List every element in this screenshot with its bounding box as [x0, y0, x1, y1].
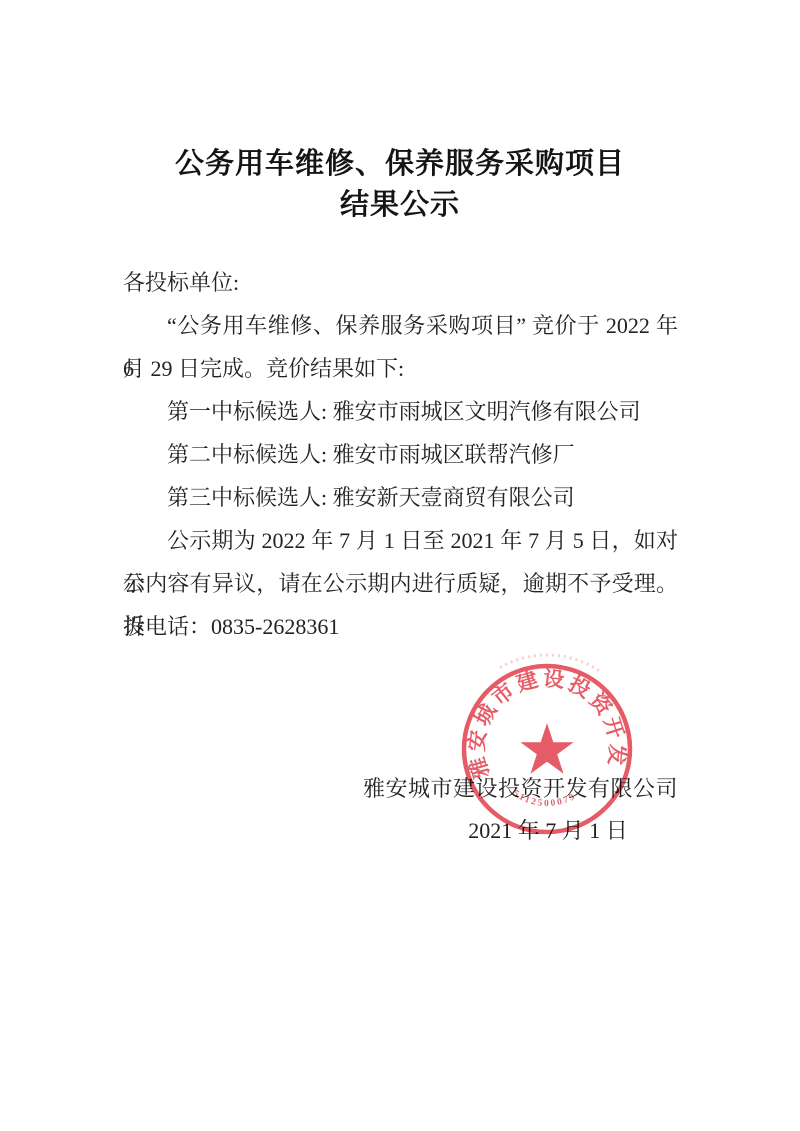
- seal-smudge-arc: [500, 655, 601, 672]
- star-icon: [520, 723, 573, 774]
- third-candidate-line: 第三中标候选人: 雅安新天壹商贸有限公司: [123, 476, 678, 519]
- document-title-line1: 公务用车维修、保养服务采购项目: [0, 144, 800, 185]
- notice-continuation-line: 示内容有异议，请在公示期内进行质疑，逾期不予受理。投: [123, 562, 678, 605]
- document-title-line2: 结果公示: [0, 185, 800, 226]
- seal-ring-text: 雅安城市建设投资开发有限公司: [440, 640, 630, 781]
- seal-ring: [464, 666, 630, 832]
- document-body: 各投标单位: “公务用车维修、保养服务采购项目” 竞价于 2022 年 6 月 …: [123, 261, 678, 648]
- second-candidate-line: 第二中标候选人: 雅安市雨城区联帮汽修厂: [123, 433, 678, 476]
- first-candidate-line: 第一中标候选人: 雅安市雨城区文明汽修有限公司: [123, 390, 678, 433]
- notice-period-line: 公示期为 2022 年 7 月 1 日至 2021 年 7 月 5 日，如对公: [123, 519, 678, 562]
- signature-company-name: 雅安城市建设投资开发有限公司: [363, 776, 678, 802]
- svg-text:雅安城市建设投资开发有限公司: 雅安城市建设投资开发有限公司: [440, 640, 630, 781]
- salutation-line: 各投标单位:: [123, 261, 678, 304]
- signature-date: 2021 年 7 月 1 日: [468, 818, 628, 844]
- bid-intro-line: “公务用车维修、保养服务采购项目” 竞价于 2022 年 6: [123, 304, 678, 347]
- bid-intro-continuation-line: 月 29 日完成。竞价结果如下:: [123, 347, 678, 390]
- document-title: 公务用车维修、保养服务采购项目 结果公示: [0, 144, 800, 226]
- notice-document-page: 公务用车维修、保养服务采购项目 结果公示 各投标单位: “公务用车维修、保养服务…: [0, 0, 800, 1131]
- complaint-phone-line: 诉电话：0835-2628361: [123, 605, 678, 648]
